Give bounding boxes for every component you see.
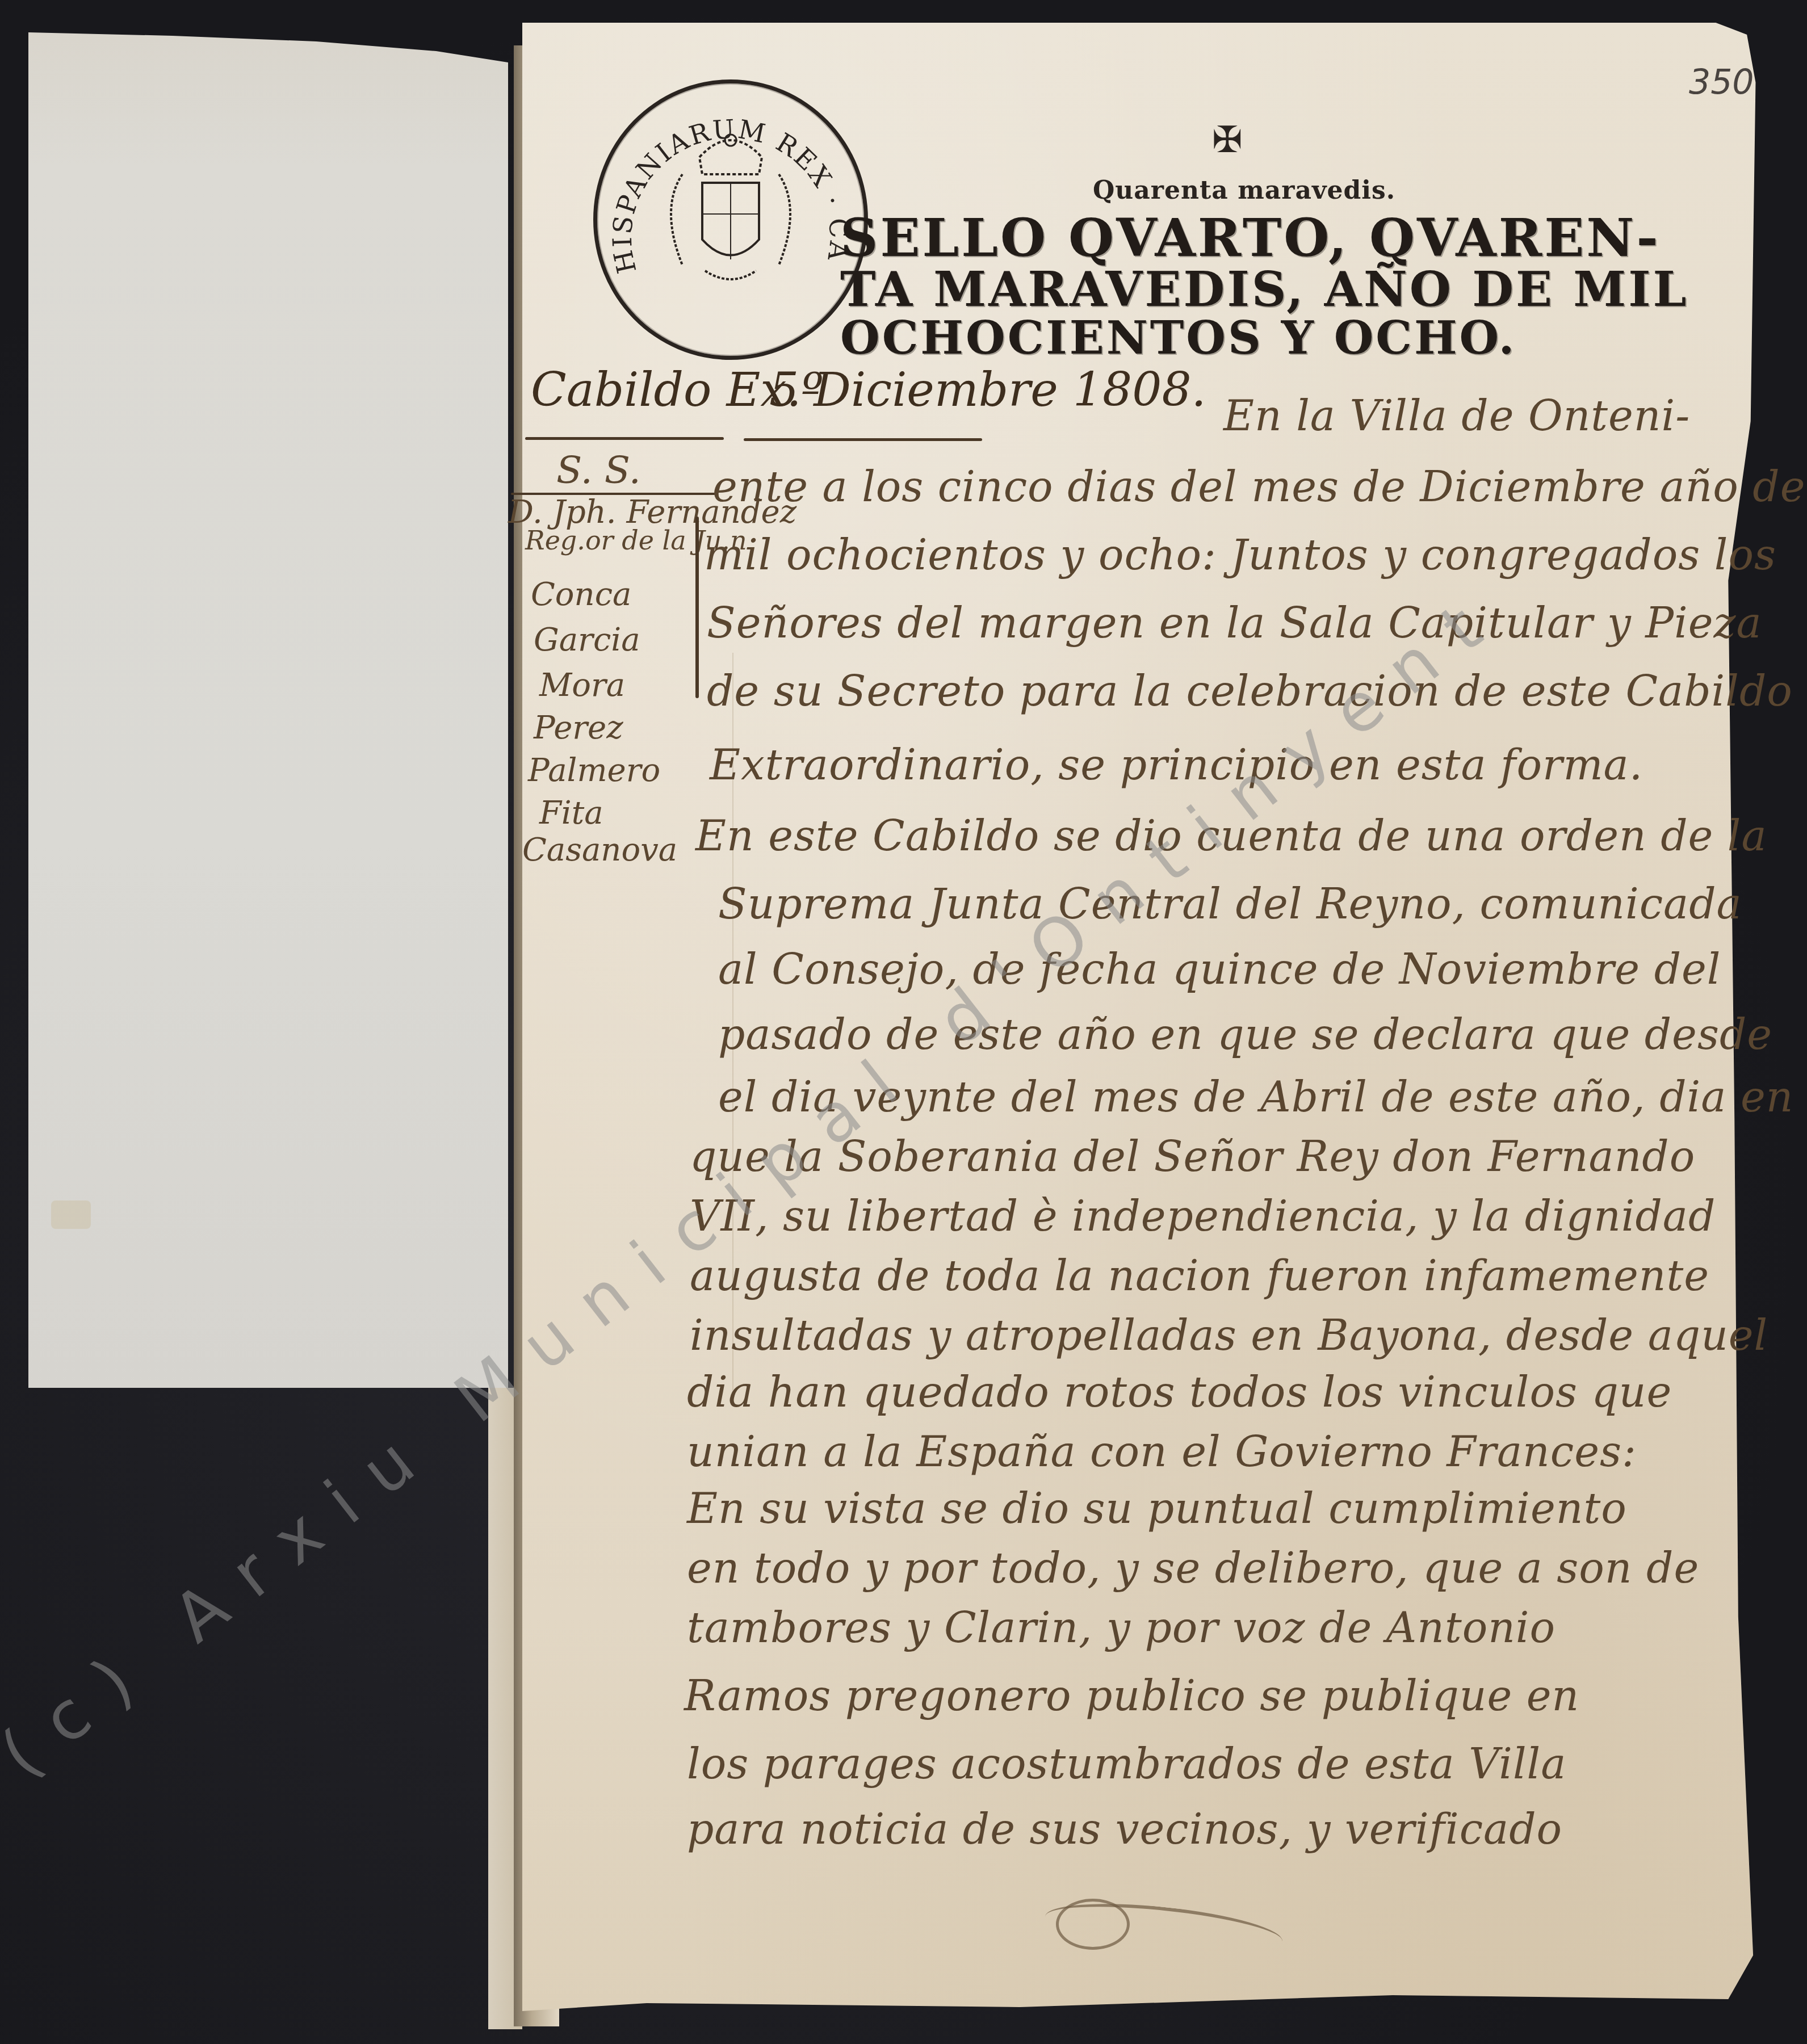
body-line: unian a la España con el Govierno France… [687, 1428, 1637, 1476]
body-line: En su vista se dio su puntual cumplimien… [687, 1484, 1627, 1533]
body-line: mil ochocientos y ocho: Juntos y congreg… [704, 531, 1776, 580]
margin-name: Palmero [528, 752, 660, 789]
margin-name: Perez [534, 710, 623, 746]
body-line: En este Cabildo se dio cuenta de una ord… [695, 812, 1767, 861]
crowned-shield-icon: HISPANIARUM REX · CAROLUS IV · D · G · [597, 83, 864, 356]
body-line: dia han quedado rotos todos los vinculos… [687, 1368, 1672, 1417]
body-line: pasado de este año en que se declara que… [718, 1010, 1772, 1059]
body-line: el dia veynte del mes de Abril de este a… [718, 1073, 1793, 1122]
margin-brace [695, 517, 699, 698]
margin-name: Mora [539, 667, 625, 704]
body-line: de su Secreto para la celebracion de est… [707, 667, 1793, 716]
paper-stain [51, 1201, 91, 1229]
stamp-line-3: OCHOCIENTOS Y OCHO. [840, 311, 1516, 364]
body-line: al Consejo, de fecha quince de Noviembre… [718, 945, 1721, 994]
body-line: En la Villa de Onteni- [1223, 392, 1690, 440]
margin-name: Casanova [522, 832, 677, 868]
blank-interleaf-sheet [28, 31, 508, 1388]
body-line: ente a los cinco dias del mes de Diciemb… [712, 463, 1805, 511]
body-line: en todo y por todo, y se delibero, que a… [687, 1544, 1699, 1593]
margin-name: Fita [539, 795, 603, 832]
margin-name: Garcia [534, 622, 640, 658]
body-line: para noticia de sus vecinos, y verificad… [687, 1805, 1562, 1854]
body-line: insultadas y atropelladas en Bayona, des… [690, 1311, 1768, 1360]
margin-ss: S. S. [556, 448, 641, 492]
cross-icon: ✠ [1212, 119, 1243, 161]
stamp-line-2: TA MARAVEDIS, AÑO DE MIL [840, 261, 1689, 317]
stamp-line-1: SELLO QVARTO, QVAREN- [840, 207, 1661, 268]
margin-name: Conca [531, 576, 631, 613]
heading-underline [525, 437, 724, 440]
royal-seal-stamp: HISPANIARUM REX · CAROLUS IV · D · G · [593, 79, 868, 360]
body-line: los parages acostumbrados de esta Villa [687, 1740, 1566, 1789]
cabildo-date: 5 Diciembre 1808. [769, 363, 1206, 417]
closing-flourish-loop [1056, 1899, 1130, 1950]
date-underline [744, 438, 982, 441]
body-line: Suprema Junta Central del Reyno, comunic… [718, 880, 1742, 929]
body-line: que la Soberania del Señor Rey don Ferna… [690, 1132, 1695, 1181]
body-line: Extraordinario, se principio en esta for… [710, 741, 1643, 790]
svg-text:HISPANIARUM REX · CAROLUS IV ·: HISPANIARUM REX · CAROLUS IV · D · G · [597, 83, 855, 276]
body-line: VII, su libertad è independiencia, y la … [690, 1192, 1716, 1241]
body-line: tambores y Clarin, y por voz de Antonio [687, 1604, 1556, 1652]
body-line: augusta de toda la nacion fueron infamem… [690, 1252, 1709, 1300]
stamp-price-line: Quarenta maravedis. [1093, 176, 1395, 205]
body-line: Ramos pregonero publico se publique en [684, 1672, 1579, 1720]
body-line: Señores del margen en la Sala Capitular … [707, 599, 1762, 648]
folio-number: 350 [1689, 62, 1754, 102]
